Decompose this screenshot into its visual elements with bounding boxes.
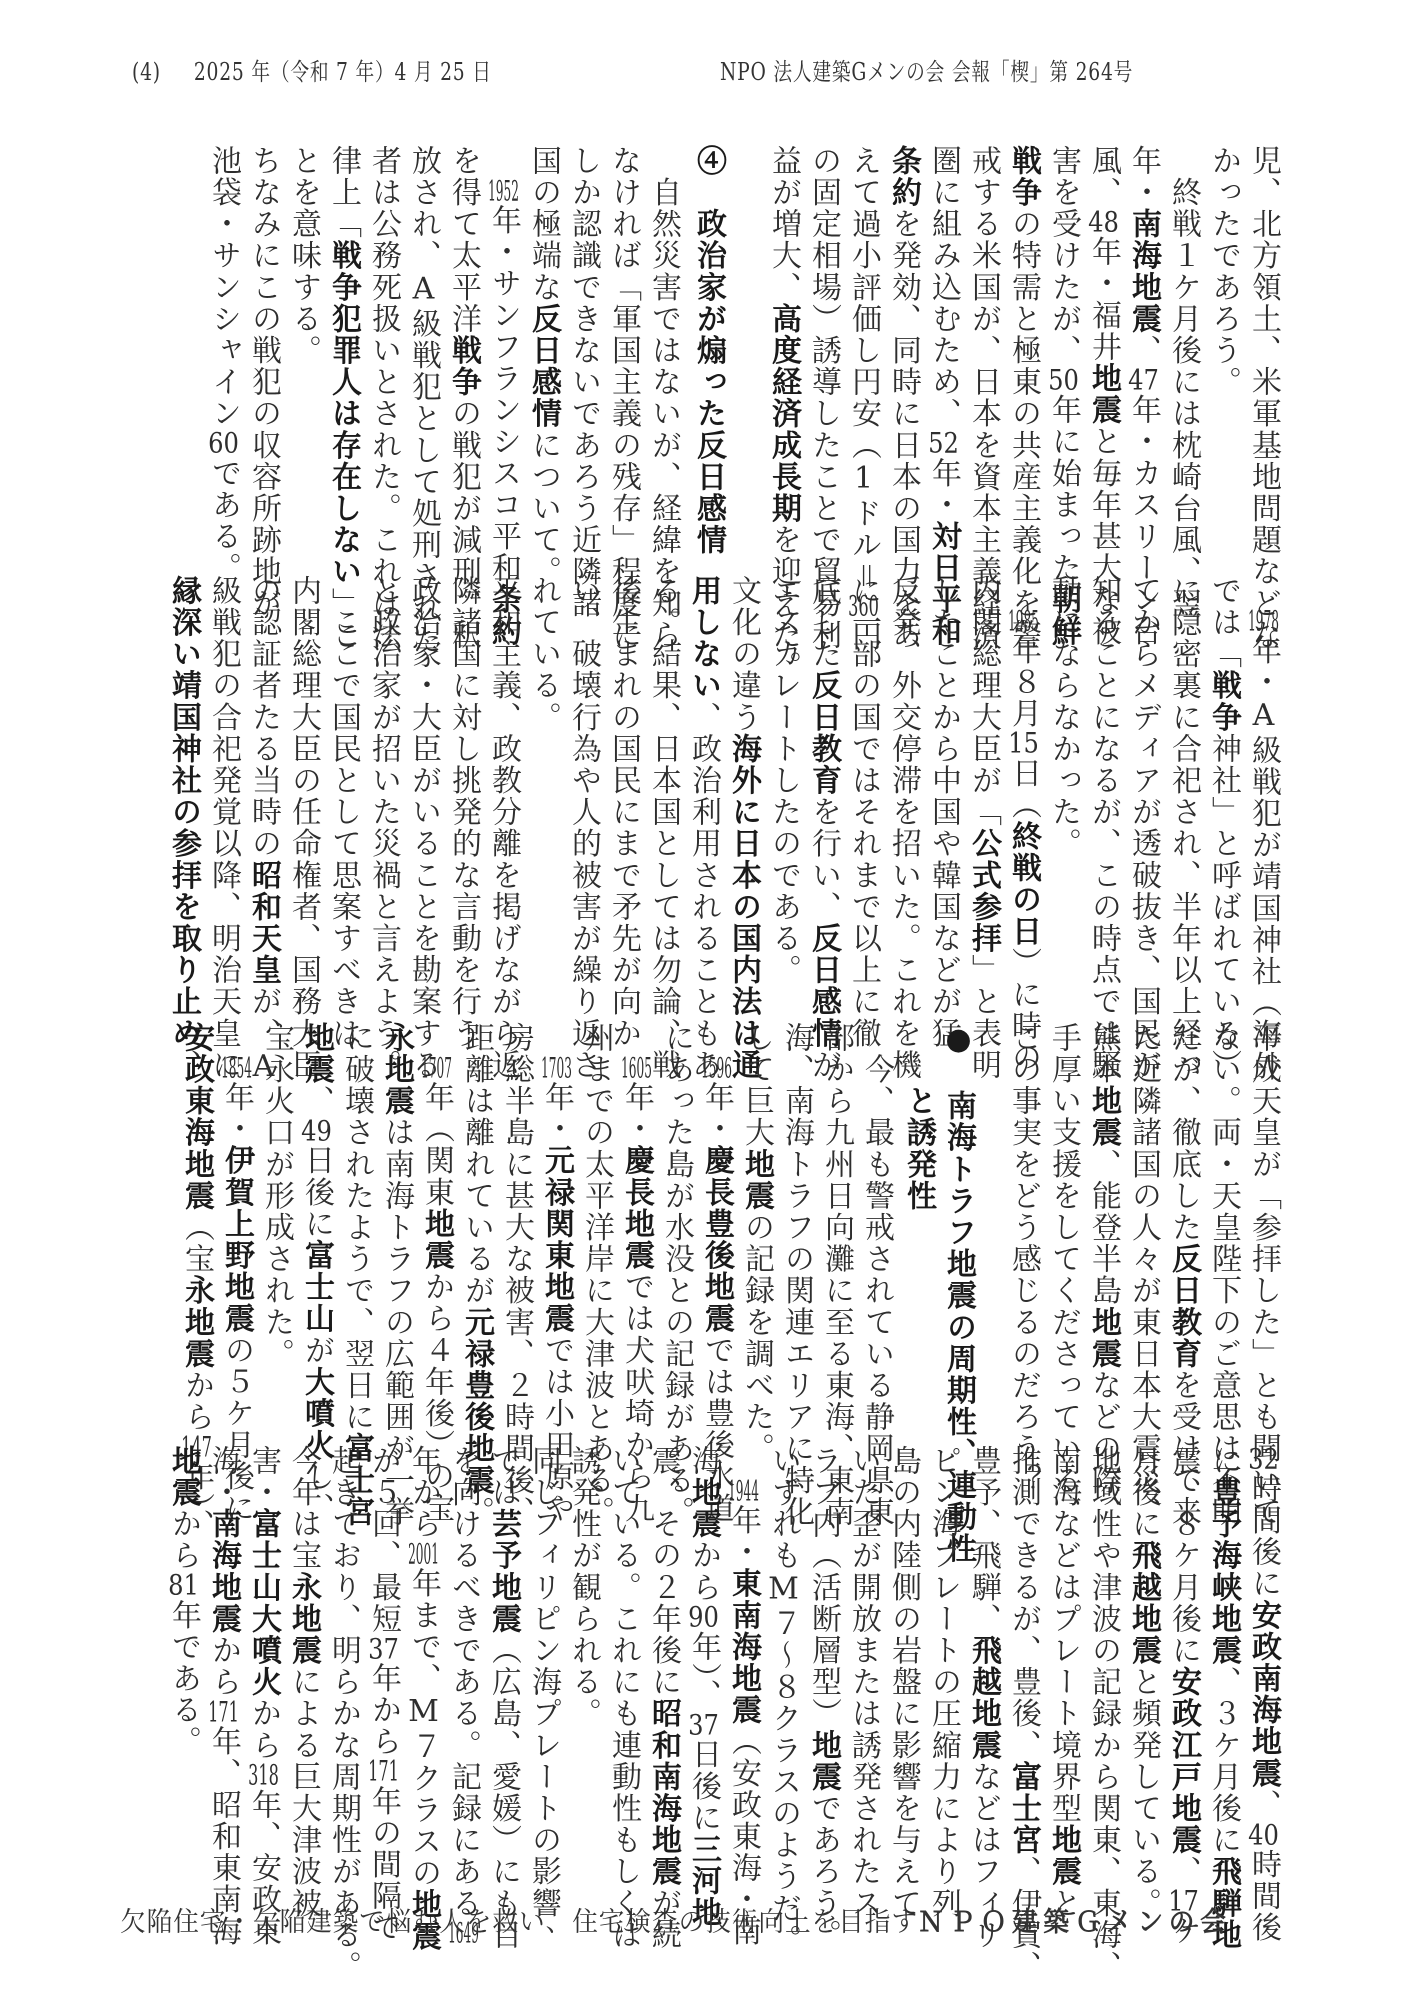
- text-column: 国の極端な反日感情について。: [525, 145, 561, 587]
- footer-org: ＮＰＯ建築Ｇメンの会: [918, 1907, 1232, 1938]
- text-column: 後生まれの国民にまで矛先が向か: [605, 575, 641, 1049]
- text-column: 1978年・A級戦犯が靖国神社（海外: [1245, 575, 1281, 1082]
- text-column: 海地震から90年）、37日後に三河地: [685, 1445, 721, 1928]
- text-column: とを意味する。: [285, 145, 321, 366]
- text-column: 害を受けたが、50年に始まった朝鮮: [1045, 145, 1081, 647]
- issue-date: 2025 年（令和 7 年）4 月 25 日: [194, 58, 492, 86]
- text-column: いずれもM７～８クラスのようだ。: [765, 1445, 801, 1956]
- text-column: 年・南海地震、47年・カスリーン台: [1125, 145, 1161, 647]
- text-column: が５回、最短37年から171年の間隔で: [365, 1445, 401, 1943]
- text-column: では「戦争神社」と呼ばれている）: [1205, 575, 1241, 1081]
- text-column: れている。: [525, 575, 561, 733]
- text-column: いている。これにも連動性もしくは: [605, 1445, 641, 1951]
- text-column: 月後に飛越地震と頻発している。: [1125, 1445, 1161, 1919]
- text-column: 風、48年・福井地震と毎年甚大な被: [1085, 145, 1121, 647]
- section-heading: と誘発性: [900, 1022, 936, 1212]
- text-column: 島の内陸側の岩盤に影響を与えて: [885, 1445, 921, 1919]
- text-column: して巨大地震の記録を調べた。: [738, 1022, 774, 1464]
- page-footer: 欠陥住宅・欠陥建築で悩む人を救い、住宅検査の技術向上を目指すＮＰＯ建築Ｇメンの会: [120, 1900, 1260, 1939]
- page-header: (4) 2025 年（令和 7 年）4 月 25 日 NPO 法人建築Gメンの会…: [0, 52, 1413, 92]
- text-column: 級戦犯の合祀発覚以降、明治天皇に: [205, 575, 241, 1081]
- text-column: 用しない、政治利用されることもあ: [685, 575, 721, 1081]
- text-column: 動にならなかった。: [1045, 575, 1081, 859]
- text-column: を向けるべきである。記録にある1649: [445, 1445, 481, 1947]
- text-column: 縁深い靖国神社の参拝を取り止め、: [165, 575, 201, 1081]
- text-column: 南海などはプレート境界型地震と: [1045, 1445, 1081, 1919]
- text-column: エスカレートしたのである。: [765, 575, 801, 986]
- text-column: 年から2001年まで、M７クラスの地震: [405, 1445, 441, 1952]
- header-date: (4) 2025 年（令和 7 年）4 月 25 日: [132, 52, 492, 87]
- text-column: 文化の違う海外に日本の国内法は通: [725, 575, 761, 1081]
- text-column: 隣諸国に対し挑発的な言動を行う: [445, 575, 481, 1049]
- text-column: 内閣総理大臣が「公式参拝」と表明: [965, 575, 1001, 1081]
- text-column: 1944年・東南海地震（安政東海・南: [725, 1445, 761, 1947]
- text-column: と政治家が招いた災禍と言えよう。: [365, 575, 401, 1081]
- text-column: の認証者たる当時の昭和天皇が、A: [245, 575, 281, 1086]
- text-column: 今年は宝永地震による巨大津波被: [285, 1445, 321, 1919]
- text-column: る。結果、日本国としては勿論、戦: [645, 575, 681, 1081]
- text-column: 豊予、飛騨、飛越地震などはフィリ: [965, 1445, 1001, 1951]
- text-column: 地震から81年である。: [165, 1445, 201, 1757]
- text-column: い、破壊行為や人的被害が繰り返さ: [565, 575, 601, 1081]
- text-column: 同じフィリピン海プレートの影響: [525, 1445, 561, 1919]
- text-column: てからメディアが透破抜き、国民が: [1125, 575, 1161, 1081]
- text-column: 政治家・大臣がいることを勘案する: [405, 575, 441, 1081]
- text-column: 底した反日教育を行い、反日感情が: [805, 575, 841, 1081]
- text-column: に隠密裏に合祀され、半年以上経っ: [1165, 575, 1201, 1081]
- text-column: ここで国民として思案すべきは: [325, 575, 361, 1049]
- section-heading: ④ 政治家が煽った反日感情: [690, 145, 726, 556]
- text-column: 害・富士山大噴火から318年、安政東: [245, 1445, 281, 1947]
- text-column: 誘発性が観られる。: [565, 1445, 601, 1729]
- page-number: (4): [132, 58, 161, 86]
- text-column: 圏に組み込むため、52年・対日平和: [925, 145, 961, 647]
- text-column: 池袋・サンシャイン60である。: [205, 145, 241, 584]
- text-column: 1952年・サンフランシスコ平和条約: [485, 145, 521, 647]
- text-column: 震、８ケ月後に安政江戸地震、17ケ: [1165, 1445, 1201, 1947]
- text-column: 終戦１ケ月後には枕崎台風、翌: [1165, 145, 1201, 619]
- text-column: ラブ内（活断層型）地震であろう。: [805, 1445, 841, 1951]
- text-column: 反発、外交停滞を招いた。これを機: [885, 575, 921, 1081]
- text-column: 海・南海地震から171年、昭和東南海: [205, 1445, 241, 1947]
- text-column: いた歪が開放または誘発されたス: [845, 1445, 881, 1919]
- text-column: 震、その２年後に昭和南海地震が続: [645, 1445, 681, 1951]
- text-column: 平和主義、政教分離を掲げながら近: [485, 575, 521, 1081]
- text-column: では芸予地震（広島、愛媛）にも目: [485, 1445, 521, 1951]
- text-column: に豊予海峡地震、３ケ月後に飛騨地: [1205, 1445, 1241, 1951]
- footer-tagline: 欠陥住宅・欠陥建築で悩む人を救い、住宅検査の技術向上を目指す: [120, 1907, 918, 1938]
- text-column: 1985年８月15日（終戦の日）に時の: [1005, 575, 1041, 1073]
- text-column: 宝永火口が形成された。: [258, 1022, 294, 1370]
- text-column: 内閣総理大臣の任命権者、国務大臣: [285, 575, 321, 1081]
- text-column: ちなみにこの戦犯の収容所跡地が: [245, 145, 281, 619]
- text-column: しか認識できないであろう近隣諸: [565, 145, 601, 619]
- text-column: ピン海プレートの圧縮力により列: [925, 1445, 961, 1919]
- text-column: したことから中国や韓国などが猛: [925, 575, 961, 1049]
- text-column: に一部の国ではそれまで以上に徹: [845, 575, 881, 1049]
- publication-title: NPO 法人建築Gメンの会 会報「楔」第 264号: [720, 52, 1133, 87]
- text-column: 32時間後に安政南海地震、40時間後: [1245, 1445, 1281, 1943]
- text-column: 知ることになるが、この時点では騒: [1085, 575, 1121, 1081]
- text-column: この事実をどう感じるのだろう？: [1005, 1022, 1041, 1496]
- text-column: かったであろう。: [1205, 145, 1241, 398]
